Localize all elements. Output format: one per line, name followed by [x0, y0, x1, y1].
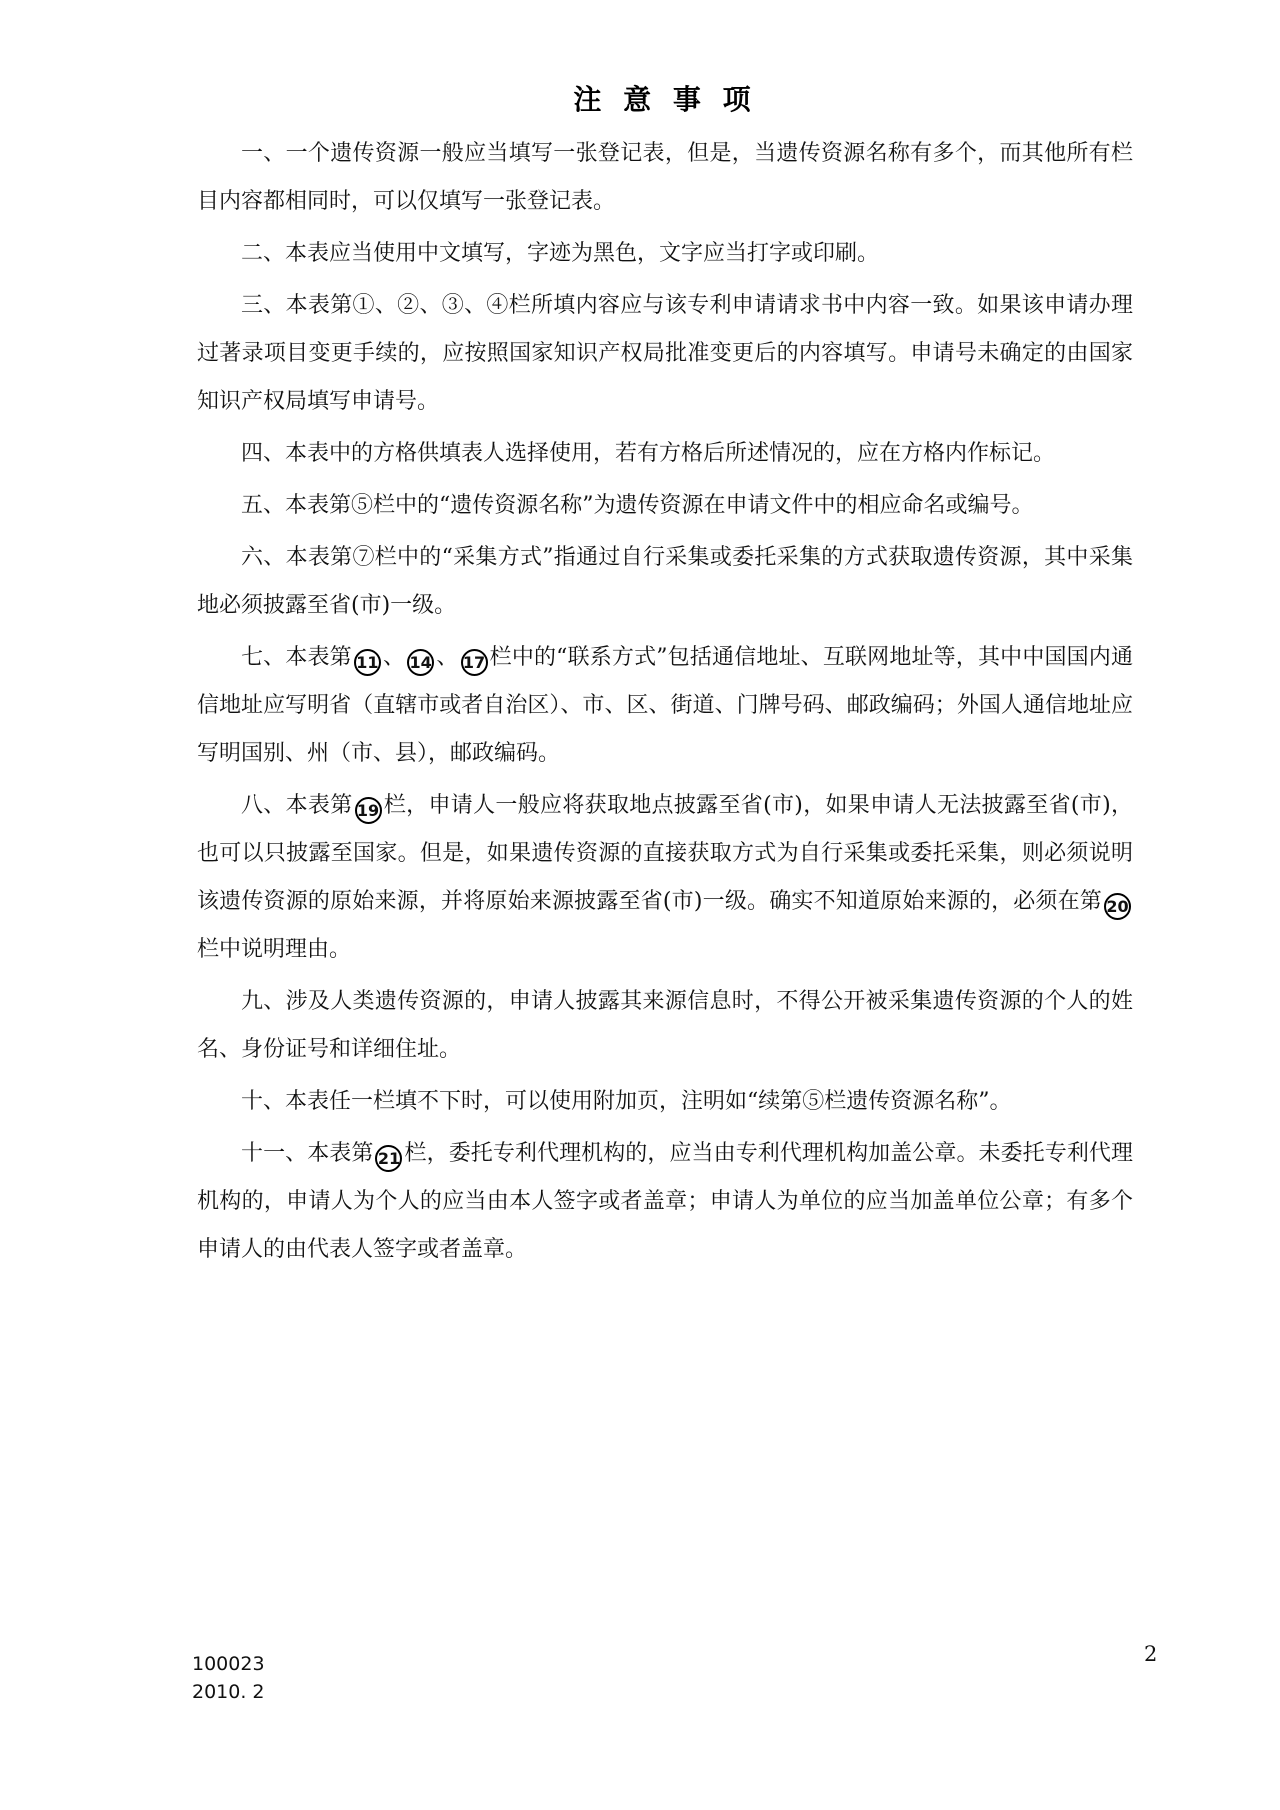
note-paragraph-6: 六、本表第⑦栏中的“采集方式”指通过自行采集或委托采集的方式获取遗传资源，其中采…	[197, 534, 1133, 630]
note-paragraph-11: 十一、本表第21栏，委托专利代理机构的，应当由专利代理机构加盖公章。未委托专利代…	[197, 1130, 1133, 1274]
circled-number-21: 21	[375, 1145, 402, 1172]
note-paragraph-10: 十、本表任一栏填不下时，可以使用附加页，注明如“续第⑤栏遗传资源名称”。	[197, 1078, 1133, 1126]
note-paragraph-8: 八、本表第19栏，申请人一般应将获取地点披露至省(市)，如果申请人无法披露至省(…	[197, 782, 1133, 974]
page-title: 注 意 事 项	[197, 84, 1133, 116]
note-paragraph-2: 二、本表应当使用中文填写，字迹为黑色，文字应当打字或印刷。	[197, 230, 1133, 278]
footer-left-block: 100023 2010. 2	[192, 1650, 265, 1706]
footer-form-date: 2010. 2	[192, 1678, 265, 1706]
circled-number-17: 17	[461, 649, 488, 676]
note-paragraph-1: 一、一个遗传资源一般应当填写一张登记表，但是，当遗传资源名称有多个，而其他所有栏…	[197, 130, 1133, 226]
circled-number-11: 11	[354, 649, 381, 676]
note-paragraph-4: 四、本表中的方格供填表人选择使用，若有方格后所述情况的，应在方格内作标记。	[197, 430, 1133, 478]
footer-form-code: 100023	[192, 1650, 265, 1678]
note-paragraph-3: 三、本表第①、②、③、④栏所填内容应与该专利申请请求书中内容一致。如果该申请办理…	[197, 282, 1133, 426]
page-number: 2	[1144, 1642, 1157, 1666]
circled-number-20: 20	[1104, 893, 1131, 920]
circled-number-19: 19	[355, 797, 382, 824]
note-paragraph-7: 七、本表第11、14、17栏中的“联系方式”包括通信地址、互联网地址等，其中中国…	[197, 634, 1133, 778]
document-page: 注 意 事 项 一、一个遗传资源一般应当填写一张登记表，但是，当遗传资源名称有多…	[197, 84, 1133, 1278]
note-paragraph-5: 五、本表第⑤栏中的“遗传资源名称”为遗传资源在申请文件中的相应命名或编号。	[197, 482, 1133, 530]
note-paragraph-9: 九、涉及人类遗传资源的，申请人披露其来源信息时，不得公开被采集遗传资源的个人的姓…	[197, 978, 1133, 1074]
circled-number-14: 14	[407, 649, 434, 676]
